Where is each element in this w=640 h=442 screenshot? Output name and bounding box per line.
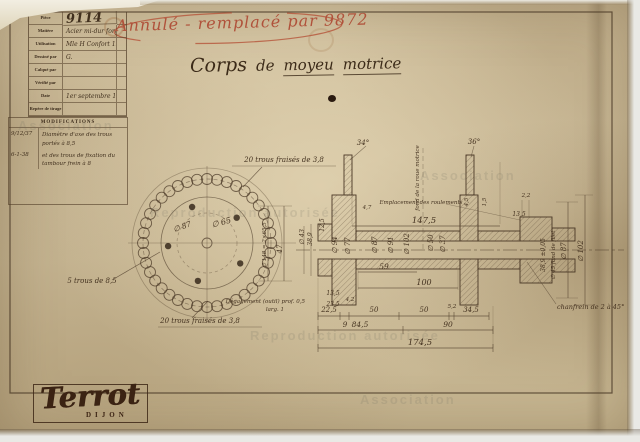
title-word: moyeu	[283, 55, 334, 76]
modification-text: et des trous de fixation du tambour frei…	[39, 149, 127, 170]
modifications-header: MODIFICATIONS	[9, 118, 127, 128]
tb-label-verifie: Vérifié par	[29, 77, 63, 90]
terrot-logo-box: Terrot DIJON	[33, 384, 148, 423]
callout-left: 5 trous de 8,5	[67, 277, 117, 285]
dim-59: 59	[379, 262, 389, 271]
modifications-block: MODIFICATIONS 9/12/37 Diamètre d'axe des…	[8, 117, 128, 205]
dim-47-label: 47	[276, 244, 284, 254]
dim-13-5-bottom: 13,5	[326, 290, 340, 297]
dim-4-5: 4,5	[464, 197, 470, 207]
emplacement-note: Emplacement des roulements	[379, 200, 463, 206]
tb-value-matiere: Acier mi-dur forgé	[63, 25, 117, 38]
tb-edge-col	[117, 90, 126, 103]
tb-edge-col	[117, 64, 126, 77]
modification-date: 9/12/37	[9, 128, 39, 149]
tb-value-utilisation: Mle H Confort 1931	[63, 38, 117, 51]
dia-87-right: ∅ 87	[560, 242, 568, 260]
dim-148-label: ∅ 148 = 2×65,5	[262, 222, 268, 268]
chain-9: 9	[343, 321, 348, 329]
dim-12-5: 12,5	[319, 218, 326, 232]
chain-5-2: 5,2	[448, 304, 457, 310]
dia-102-right: ∅ 102	[577, 240, 585, 262]
dim-90: 90	[443, 320, 453, 329]
dia-91: ∅ 91	[387, 236, 395, 253]
callout-top: 20 trous fraisés de 3,8	[243, 156, 324, 164]
dim-147-5: 147,5	[412, 216, 436, 226]
dia-102: ∅ 102	[403, 233, 411, 255]
tb-label-repere: Repère de tirage	[29, 103, 63, 116]
tb-label-utilisation: Utilisation	[29, 38, 63, 51]
tb-value-piece: 9114	[63, 11, 117, 26]
terrot-logo-script: Terrot	[39, 376, 141, 415]
section-hatching	[318, 155, 575, 305]
terrot-logo-city: DIJON	[86, 411, 128, 419]
dim-38-9-left: 38,9	[307, 232, 314, 246]
dia-65-label: ∅ 65	[211, 216, 232, 230]
tb-value-verifie	[63, 77, 117, 90]
tb-label-dessine: Dessiné par	[29, 51, 63, 64]
angle-left-label: 34°	[357, 139, 369, 147]
title-word: motrice	[343, 54, 402, 75]
dim-4-2: 4,2	[345, 297, 355, 303]
tb-value-dessine: G.	[63, 51, 117, 64]
chain-50a: 50	[370, 306, 379, 314]
scan-edge-bottom	[0, 429, 640, 442]
dia-45-filet: ∅ 45 fond de filet	[551, 230, 557, 280]
modification-row: 6-1-38 et des trous de fixation du tambo…	[9, 149, 127, 170]
dia-87-section: ∅ 87	[371, 236, 379, 254]
tb-label-date: Date	[29, 90, 63, 103]
degagement-note-1: Dégagement (outil) prof. 0,5	[225, 298, 306, 305]
fixing-holes	[165, 204, 243, 284]
modification-text: Diamètre d'axe des trous portés à 8,5	[39, 128, 127, 149]
dia-77: ∅ 77	[344, 237, 352, 255]
dia-94: ∅ 94	[331, 236, 339, 253]
hub-body-section-view: 34° 36° fond de la roue motrice Emplacem…	[225, 138, 625, 352]
chain-22-5: 22,5	[320, 306, 337, 314]
tb-value-date: 1er septembre 1937	[63, 90, 117, 103]
title-block: Pièce 9114 Matière Acier mi-dur forgé Ut…	[28, 12, 127, 117]
dim-174-5: 174,5	[408, 338, 432, 348]
tb-value-repere	[63, 103, 117, 116]
dim-2-2: 2,2	[521, 193, 531, 199]
degagement-note-2: larg. 1	[266, 307, 284, 313]
dim-84-5: 84,5	[352, 320, 369, 329]
title-word: Corps	[190, 54, 247, 77]
drawing-title: Corpsdemoyeumotrice	[190, 51, 411, 77]
tb-edge-col	[117, 51, 126, 64]
dia-87-label: ∅ 87	[172, 219, 193, 234]
dia-50: ∅ 50	[427, 234, 435, 252]
dia-43: ∅ 43	[298, 229, 306, 245]
callout-bottom: 20 trous fraisés de 3,8	[159, 317, 240, 325]
modification-row: 9/12/37 Diamètre d'axe des trous portés …	[9, 128, 127, 149]
tb-edge-col	[117, 38, 126, 51]
ink-blot	[328, 95, 336, 102]
angle-right-label: 36°	[468, 138, 480, 146]
dim-4-7: 4,7	[362, 205, 372, 211]
scan-edge-top	[140, 0, 640, 5]
scanned-drawing: 20 trous fraisés de 3,8 5 trous de 8,5 2…	[0, 0, 640, 442]
tb-value-calque	[63, 64, 117, 77]
dia-37: ∅ 37	[439, 235, 447, 253]
dim-1-5: 1,5	[482, 197, 488, 206]
dim-100: 100	[416, 278, 431, 287]
modification-date: 6-1-38	[9, 149, 39, 170]
chain-34-5: 34,5	[463, 306, 479, 314]
paper-fold-crease	[586, 0, 614, 442]
dim-13-5-right: 13,5	[512, 211, 526, 218]
scan-edge-right	[627, 0, 640, 442]
tb-edge-col	[117, 77, 126, 90]
tb-edge-col	[117, 103, 126, 116]
chain-50b: 50	[420, 306, 429, 314]
tb-label-matiere: Matière	[29, 25, 63, 38]
dim-38-9-right: 38,9 ±0,05	[540, 238, 547, 272]
tb-label-calque: Calqué par	[29, 64, 63, 77]
title-word: de	[256, 56, 275, 74]
